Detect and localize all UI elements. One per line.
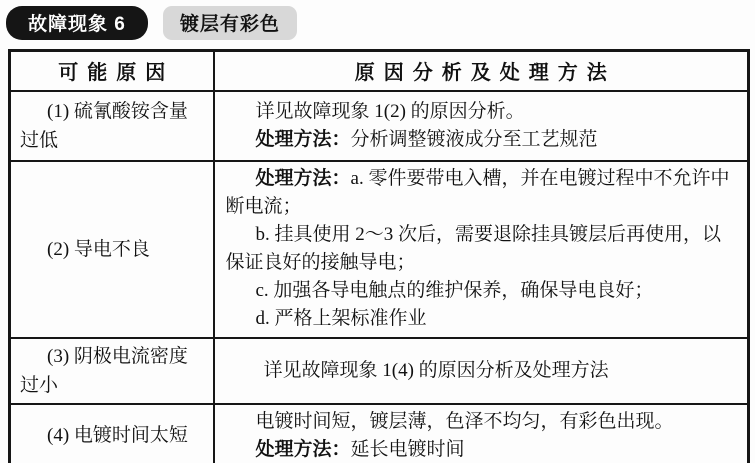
fault-title-badge: 镀层有彩色 <box>163 6 297 40</box>
analysis-paragraph: 处理方法：延长电镀时间 <box>226 436 740 463</box>
analysis-cell: 处理方法：a. 零件要带电入槽，并在电镀过程中不允许中断电流； b. 挂具使用 … <box>214 161 749 338</box>
cause-text: (3) 阴极电流密度过小 <box>20 342 206 400</box>
analysis-text: b. 挂具使用 2～3 次后，需要退除挂具镀层后再使用，以保证良好的接触导电； <box>226 224 722 273</box>
analysis-paragraph: d. 严格上架标准作业 <box>226 305 740 333</box>
col-header-cause: 可能原因 <box>10 51 214 91</box>
analysis-paragraph: 详见故障现象 1(4) 的原因分析及处理方法 <box>226 357 740 385</box>
cause-text: (1) 硫氰酸铵含量过低 <box>20 97 206 155</box>
analysis-paragraph: c. 加强各导电触点的维护保养，确保导电良好； <box>226 277 740 305</box>
analysis-text: d. 严格上架标准作业 <box>256 308 427 329</box>
cause-text: (4) 电镀时间太短 <box>20 421 206 450</box>
analysis-paragraph: 电镀时间短，镀层薄，色泽不均匀，有彩色出现。 <box>226 408 740 436</box>
table-header-row: 可能原因 原因分析及处理方法 <box>10 51 749 91</box>
method-label: 处理方法： <box>256 129 351 150</box>
table-row: (4) 电镀时间太短 电镀时间短，镀层薄，色泽不均匀，有彩色出现。 处理方法：延… <box>10 404 749 463</box>
col-header-analysis: 原因分析及处理方法 <box>214 51 749 91</box>
analysis-paragraph: b. 挂具使用 2～3 次后，需要退除挂具镀层后再使用，以保证良好的接触导电； <box>226 221 740 277</box>
method-label: 处理方法： <box>256 168 351 189</box>
cause-cell: (3) 阴极电流密度过小 <box>10 338 214 404</box>
analysis-paragraph: 处理方法：分析调整镀液成分至工艺规范 <box>226 126 740 154</box>
cause-cell: (4) 电镀时间太短 <box>10 404 214 463</box>
cause-text: (2) 导电不良 <box>20 235 206 264</box>
fault-table: 可能原因 原因分析及处理方法 (1) 硫氰酸铵含量过低 详见故障现象 1(2) … <box>8 49 750 463</box>
analysis-cell: 详见故障现象 1(4) 的原因分析及处理方法 <box>214 338 749 404</box>
table-row: (2) 导电不良 处理方法：a. 零件要带电入槽，并在电镀过程中不允许中断电流；… <box>10 161 749 338</box>
analysis-paragraph: 处理方法：a. 零件要带电入槽，并在电镀过程中不允许中断电流； <box>226 165 740 221</box>
fault-header: 故障现象 6 镀层有彩色 <box>0 0 755 40</box>
analysis-text: 详见故障现象 1(4) 的原因分析及处理方法 <box>264 360 609 381</box>
scanned-page: 故障现象 6 镀层有彩色 可能原因 原因分析及处理方法 (1) 硫氰酸铵含量过低… <box>0 0 755 463</box>
cause-cell: (2) 导电不良 <box>10 161 214 338</box>
cause-cell: (1) 硫氰酸铵含量过低 <box>10 91 214 161</box>
analysis-cell: 电镀时间短，镀层薄，色泽不均匀，有彩色出现。 处理方法：延长电镀时间 <box>214 404 749 463</box>
method-label: 处理方法： <box>256 439 351 460</box>
analysis-text: 分析调整镀液成分至工艺规范 <box>351 129 598 150</box>
analysis-cell: 详见故障现象 1(2) 的原因分析。 处理方法：分析调整镀液成分至工艺规范 <box>214 91 749 161</box>
fault-number-badge: 故障现象 6 <box>6 6 148 40</box>
analysis-text: 延长电镀时间 <box>351 439 465 460</box>
table-row: (1) 硫氰酸铵含量过低 详见故障现象 1(2) 的原因分析。 处理方法：分析调… <box>10 91 749 161</box>
analysis-paragraph: 详见故障现象 1(2) 的原因分析。 <box>226 98 740 126</box>
analysis-text: 电镀时间短，镀层薄，色泽不均匀，有彩色出现。 <box>256 411 674 432</box>
analysis-text: c. 加强各导电触点的维护保养，确保导电良好； <box>256 280 654 301</box>
table-row: (3) 阴极电流密度过小 详见故障现象 1(4) 的原因分析及处理方法 <box>10 338 749 404</box>
analysis-text: 详见故障现象 1(2) 的原因分析。 <box>256 101 525 122</box>
